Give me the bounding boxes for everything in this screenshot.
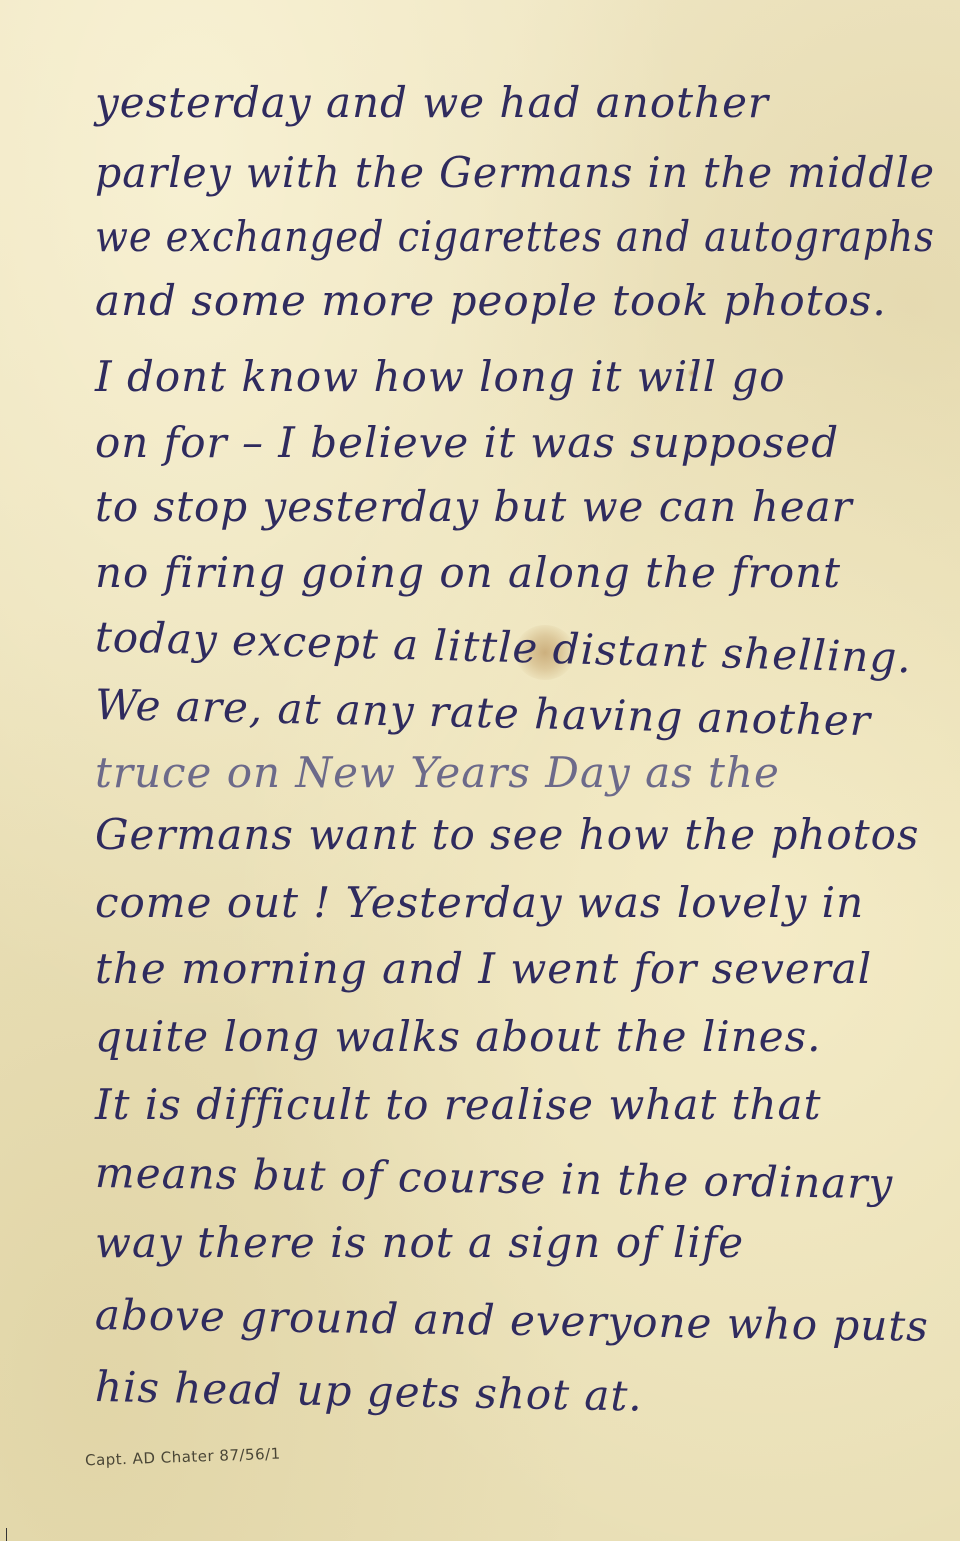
letter-line: Germans want to see how the photos bbox=[95, 810, 919, 859]
letter-line: It is difficult to realise what that bbox=[95, 1080, 821, 1129]
letter-line: his head up gets shot at. bbox=[95, 1362, 644, 1421]
letter-line: we exchanged cigarettes and autographs bbox=[95, 212, 935, 261]
letter-line: come out ! Yesterday was lovely in bbox=[95, 878, 864, 927]
letter-line: way there is not a sign of life bbox=[95, 1218, 744, 1267]
letter-line: quite long walks about the lines. bbox=[95, 1012, 822, 1061]
letter-line: I dont know how long it will go bbox=[95, 352, 786, 401]
letter-line: truce on New Years Day as the bbox=[95, 748, 780, 797]
scan-edge-mark bbox=[6, 1528, 7, 1541]
letter-line: yesterday and we had another bbox=[95, 78, 769, 127]
letter-line: the morning and I went for several bbox=[95, 944, 872, 993]
letter-line: no firing going on along the front bbox=[95, 548, 841, 597]
letter-line: parley with the Germans in the middle bbox=[95, 148, 935, 197]
letter-line: to stop yesterday but we can hear bbox=[95, 482, 853, 531]
letter-line: on for – I believe it was supposed bbox=[95, 418, 839, 467]
letter-line: and some more people took photos. bbox=[95, 276, 887, 325]
